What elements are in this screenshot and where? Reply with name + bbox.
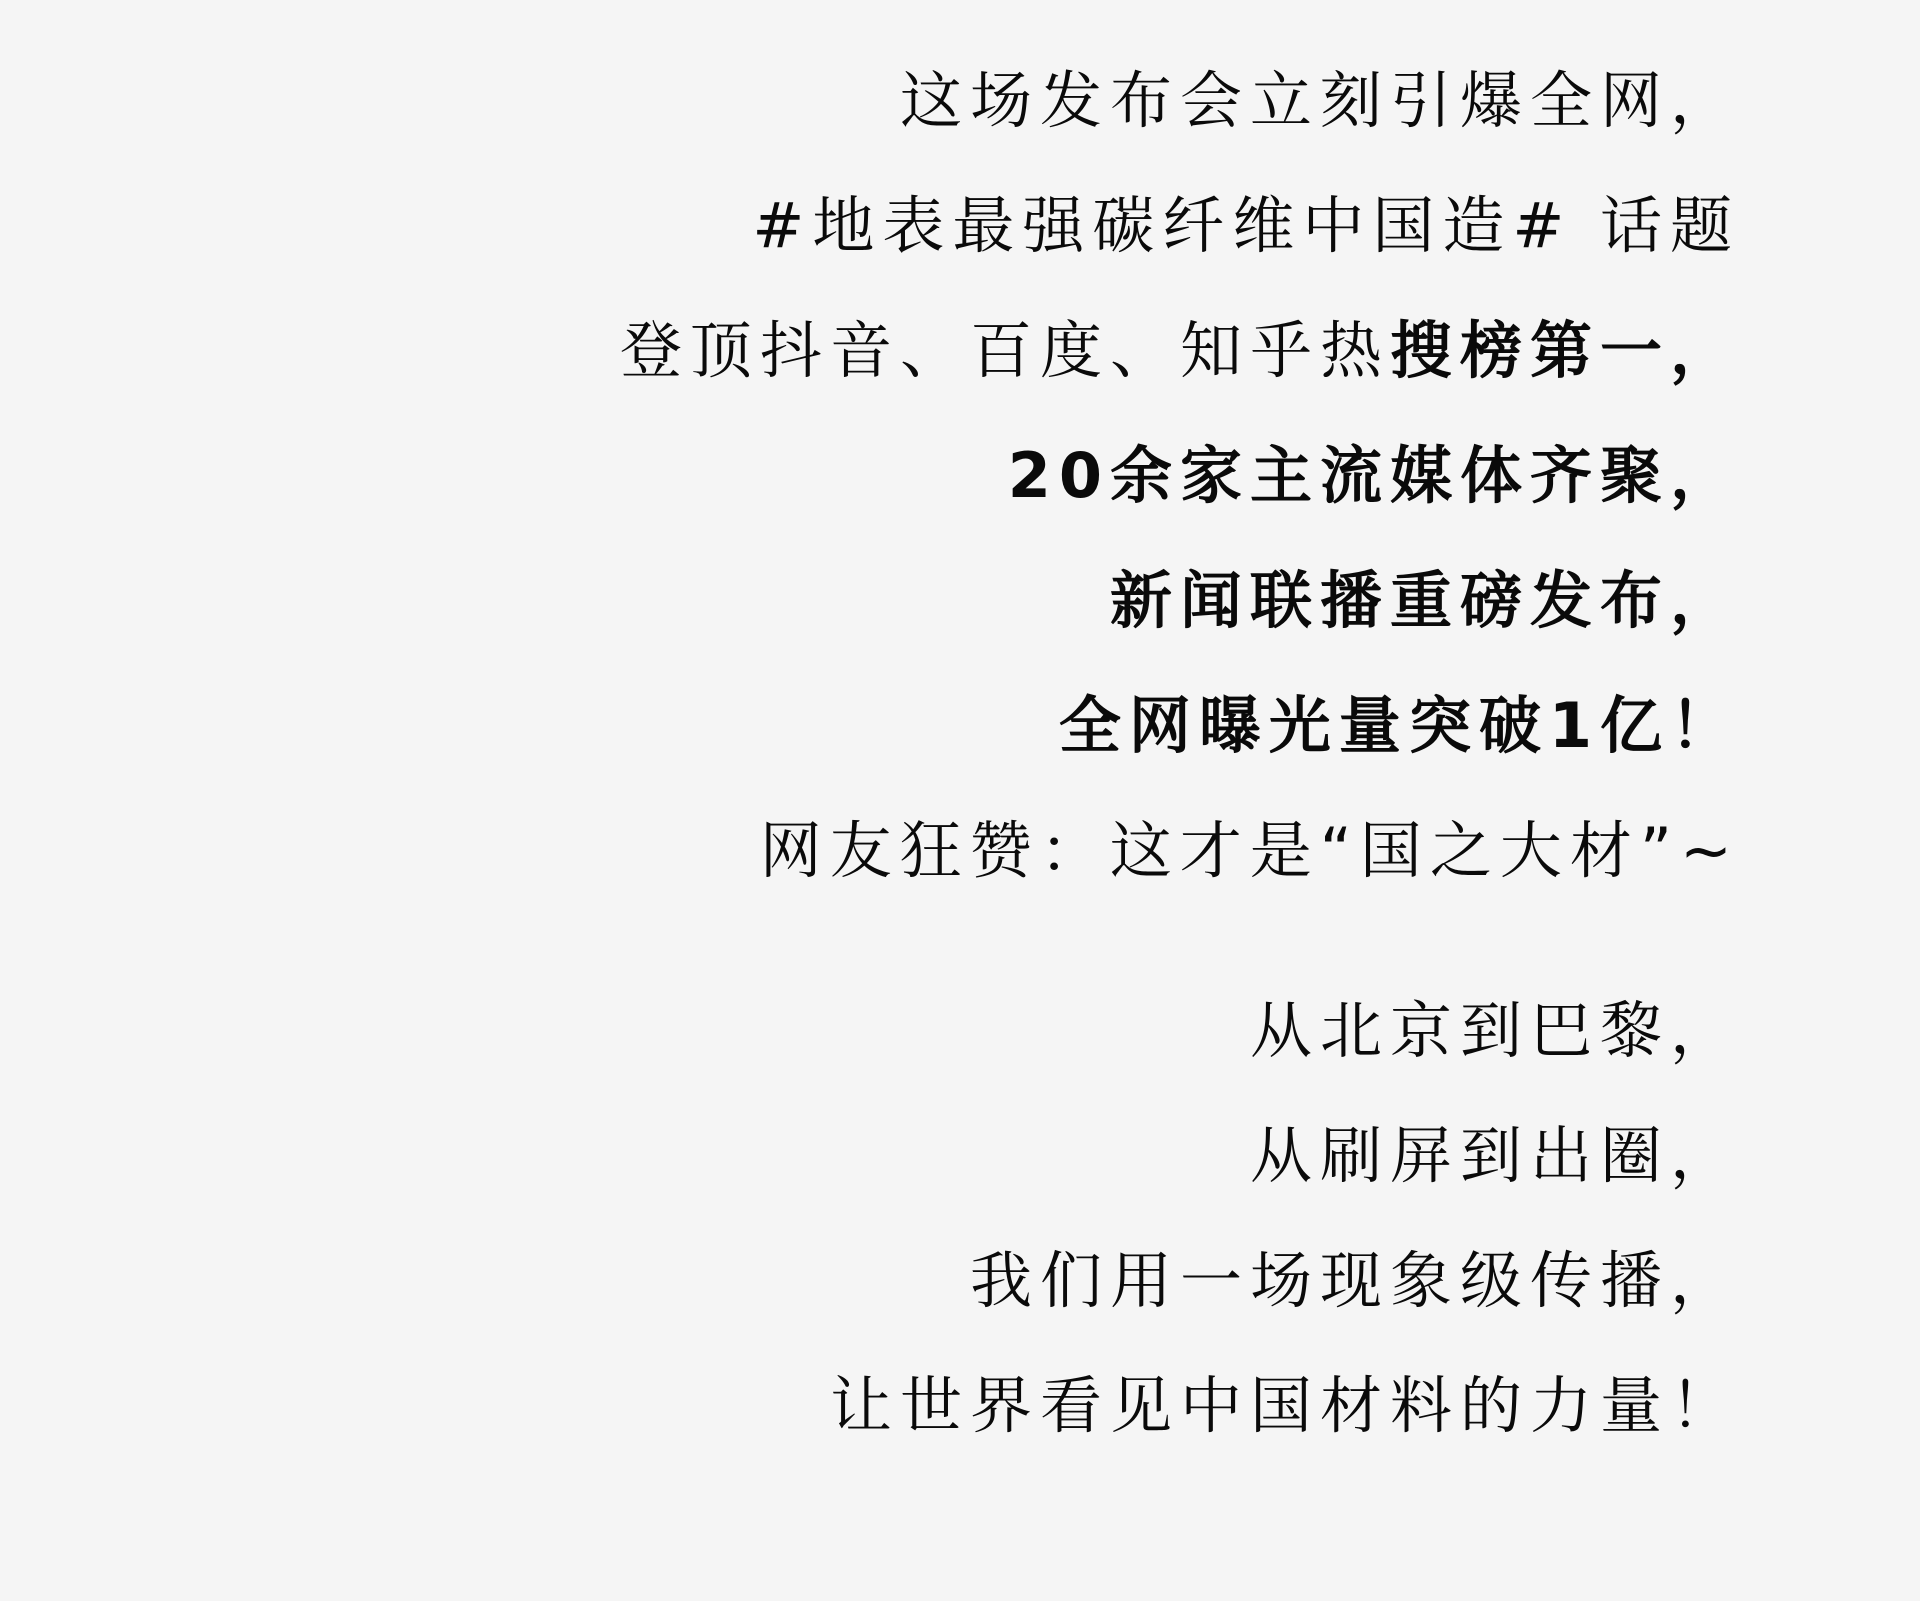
text-segment-bold: 20余家主流媒体齐聚，: [1008, 439, 1740, 512]
text-line: 登顶抖音、百度、知乎热搜榜第一，: [340, 288, 1740, 413]
text-segment: 从刷屏到出圈，: [1250, 1119, 1740, 1192]
paragraph-launch-impact: 这场发布会立刻引爆全网， #地表最强碳纤维中国造# 话题 登顶抖音、百度、知乎热…: [340, 38, 1740, 913]
text-segment: 让世界看见中国材料的力量！: [830, 1369, 1740, 1442]
text-segment: 这场发布会立刻引爆全网，: [900, 64, 1740, 137]
text-line-bold: 新闻联播重磅发布，: [340, 538, 1740, 663]
paragraph-spacer: [340, 913, 1740, 968]
text-segment-bold: 全网曝光量突破1亿！: [1059, 689, 1740, 762]
text-segment: 网友狂赞：这才是“国之大材”~: [760, 814, 1740, 887]
hashtag-topic-line: #地表最强碳纤维中国造# 话题: [340, 163, 1740, 288]
text-segment-bold: 新闻联播重磅发布，: [1110, 564, 1740, 637]
text-segment: #地表最强碳纤维中国造# 话题: [752, 189, 1740, 262]
text-line-bold: 20余家主流媒体齐聚，: [340, 413, 1740, 538]
text-segment: 从北京到巴黎，: [1250, 994, 1740, 1067]
text-segment-bold: 搜榜第一，: [1390, 314, 1740, 387]
text-line: 我们用一场现象级传播，: [340, 1218, 1740, 1343]
text-line-bold: 全网曝光量突破1亿！: [340, 663, 1740, 788]
text-line: 从刷屏到出圈，: [340, 1093, 1740, 1218]
article-body: 这场发布会立刻引爆全网， #地表最强碳纤维中国造# 话题 登顶抖音、百度、知乎热…: [340, 38, 1740, 1468]
text-line: 这场发布会立刻引爆全网，: [340, 38, 1740, 163]
text-line: 从北京到巴黎，: [340, 968, 1740, 1093]
text-segment: 我们用一场现象级传播，: [970, 1244, 1740, 1317]
text-line: 让世界看见中国材料的力量！: [340, 1343, 1740, 1468]
text-segment: 登顶抖音、百度、知乎热: [620, 314, 1390, 387]
paragraph-closing: 从北京到巴黎， 从刷屏到出圈， 我们用一场现象级传播， 让世界看见中国材料的力量…: [340, 968, 1740, 1468]
text-line: 网友狂赞：这才是“国之大材”~: [340, 788, 1740, 913]
